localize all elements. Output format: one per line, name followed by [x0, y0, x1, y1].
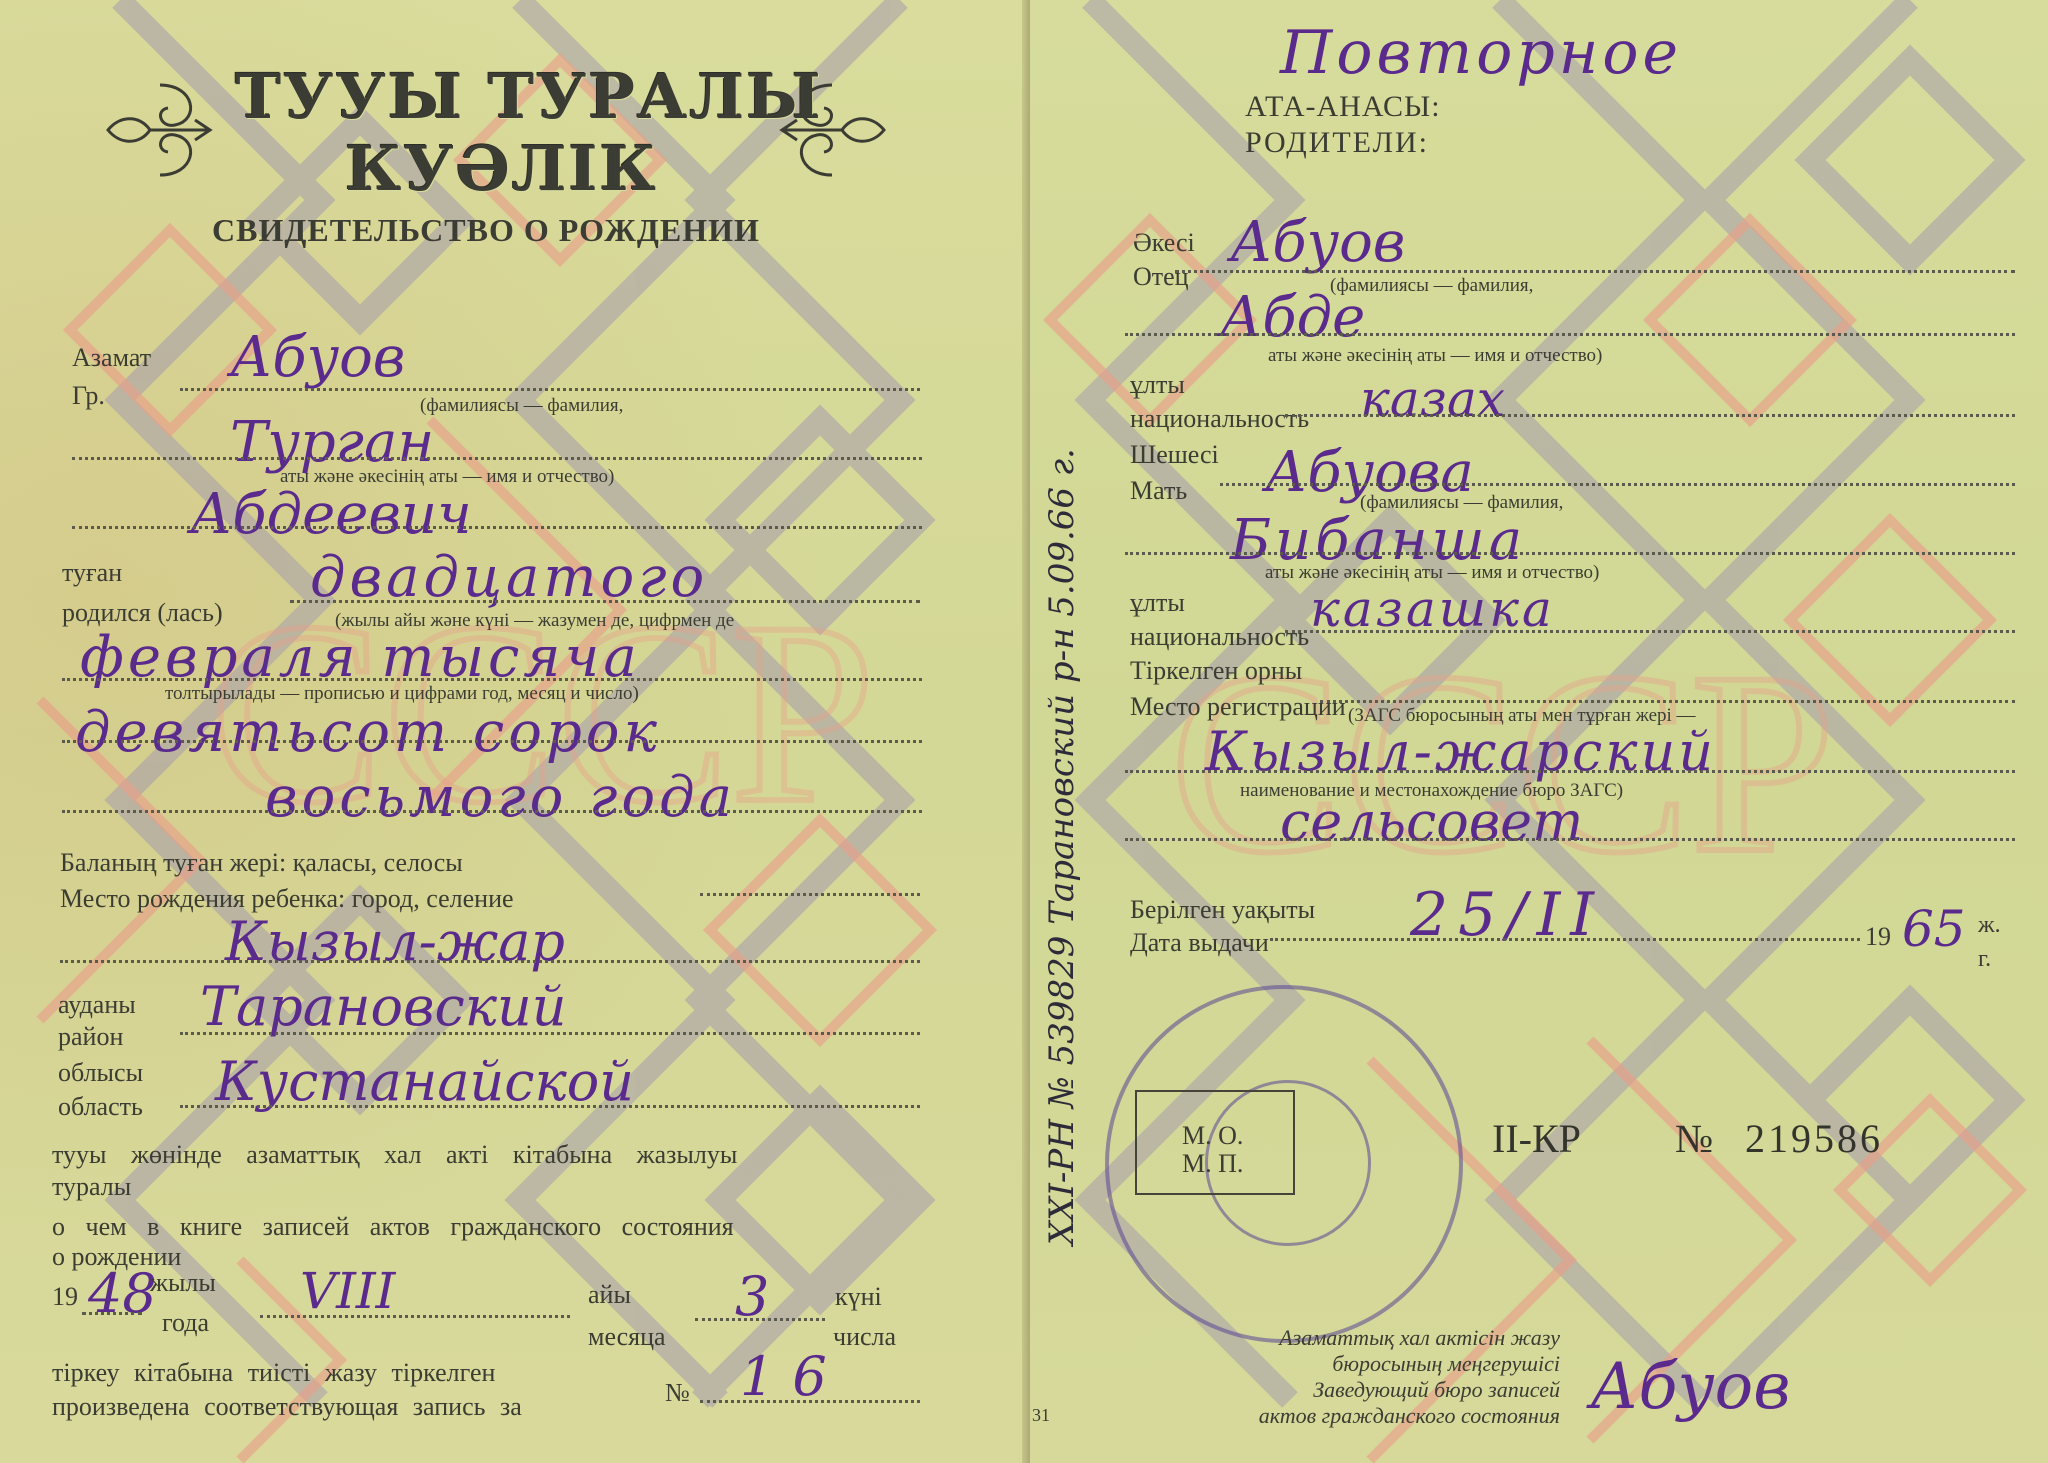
parents-label-ru: РОДИТЕЛИ:: [1245, 128, 1429, 158]
month-line: [260, 1315, 570, 1318]
birth-line-4: [62, 810, 922, 813]
citizen-label-kz: Азамат: [72, 343, 151, 373]
birth-label-ru: родился (лась): [62, 598, 223, 628]
father-nationality-line: [1285, 414, 2015, 417]
mother-nationality-line: [1285, 630, 2015, 633]
citizen-patronymic-value: Абдеевич: [190, 482, 472, 547]
surname-hint: (фамилиясы — фамилия,: [420, 395, 623, 417]
surname-line: [180, 388, 920, 391]
father-surname-line: [1175, 270, 2015, 273]
official-title-line2: бюросының меңгерушісі: [1080, 1351, 1560, 1377]
title-ru: СВИДЕТЕЛЬСТВО О РОЖДЕНИИ: [212, 212, 760, 249]
year-line: [82, 1312, 142, 1315]
mother-label-ru: Мать: [1130, 476, 1187, 506]
mother-nationality-label-ru: национальность: [1130, 622, 1309, 652]
official-title-line3: Заведующий бюро записей: [1080, 1377, 1560, 1403]
district-label-kz: ауданы: [58, 990, 136, 1020]
issue-year-value: 65: [1902, 900, 1966, 958]
father-nationality-value: казах: [1360, 370, 1505, 428]
left-ornament-icon: [100, 70, 220, 190]
registration-line-3: [1125, 838, 2015, 841]
issue-year-suffix-ru: г.: [1978, 944, 1991, 974]
name-line: [72, 457, 922, 460]
duplicate-mark: Повторное: [1280, 18, 1682, 88]
issue-year-prefix: 19: [1865, 922, 1891, 952]
day-line: [695, 1318, 825, 1321]
record-number-sign: №: [665, 1378, 690, 1408]
father-nationality-label-kz: ұлты: [1130, 370, 1185, 400]
mother-label-kz: Шешесі: [1130, 440, 1219, 470]
settlement-value: Кызыл-жар: [225, 910, 565, 973]
birth-date-value-3: девятьсот сорок: [75, 700, 661, 765]
region-label-ru: область: [58, 1092, 143, 1122]
record-text-kz: тіркеу кітабына тиісті жазу тіркелген: [52, 1358, 495, 1388]
citizen-label-ru: Гр.: [72, 381, 105, 411]
issue-date-label-kz: Берілген уақыты: [1130, 895, 1315, 925]
year-label-kz: жылы: [150, 1268, 216, 1298]
registration-value-1: Кызыл-жарский: [1205, 720, 1716, 783]
right-page: СССР Повторное АТА-АНАСЫ: РОДИТЕЛИ: Әкес…: [1030, 0, 2048, 1463]
seal-place-box: М. О. М. П.: [1135, 1090, 1295, 1195]
seal-place-kz: М. О.: [1182, 1122, 1293, 1150]
birth-line-1: [290, 600, 920, 603]
day-label-kz: күні: [835, 1282, 882, 1312]
document-series: II-КР: [1492, 1115, 1581, 1162]
district-line: [180, 1032, 920, 1035]
mother-surname-line: [1220, 483, 2015, 486]
registry-text-kz-1: тууы жөнінде азаматтық хал акті кітабына…: [52, 1140, 737, 1170]
birth-place-label-kz: Баланың туған жері: қаласы, селосы: [60, 848, 463, 878]
citizen-surname-value: Абуов: [230, 325, 405, 390]
document-number: 219586: [1745, 1115, 1883, 1162]
month-label-kz: айы: [588, 1280, 631, 1310]
mother-nationality-label-kz: ұлты: [1130, 588, 1185, 618]
month-label-ru: месяца: [588, 1322, 666, 1352]
registration-line-1: [1320, 700, 2015, 703]
issue-date-line: [1270, 938, 1860, 941]
father-nationality-label-ru: национальность: [1130, 404, 1309, 434]
issue-date-label-ru: Дата выдачи: [1130, 928, 1269, 958]
right-ornament-icon: [772, 70, 892, 190]
region-value: Кустанайской: [215, 1050, 634, 1113]
official-title-line4: актов гражданского состояния: [1080, 1403, 1560, 1429]
father-name-hint: аты және әкесінің аты — имя и отчество): [1268, 345, 1602, 367]
year-label-ru: года: [162, 1308, 209, 1338]
father-label-ru: Отец: [1133, 262, 1189, 292]
district-label-ru: район: [58, 1022, 123, 1052]
title-kz-line1: ТУУЫ ТУРАЛЫ: [235, 60, 823, 133]
region-label-kz: облысы: [58, 1058, 143, 1088]
registration-label-kz: Тіркелген орны: [1130, 656, 1302, 686]
official-title: Азаматтық хал актісін жазу бюросының мең…: [1080, 1325, 1560, 1429]
parents-label-kz: АТА-АНАСЫ:: [1245, 92, 1441, 122]
issue-year-suffix-kz: ж.: [1978, 910, 2001, 940]
father-label-kz: Әкесі: [1133, 228, 1195, 258]
document-number-sign: №: [1675, 1115, 1713, 1162]
registry-text-kz-2: туралы: [52, 1172, 131, 1202]
title-kz-line2: КУӘЛІК: [345, 132, 658, 205]
record-number-line: [700, 1400, 920, 1403]
registry-text-ru-1: о чем в книге записей актов гражданского…: [52, 1212, 734, 1242]
registration-label-ru: Место регистрации: [1130, 692, 1346, 722]
left-page: СССР ТУУЫ ТУРАЛЫ КУӘЛІК СВИДЕТЕЛЬСТВО О …: [0, 0, 1030, 1463]
registration-value-2: сельсовет: [1280, 790, 1583, 853]
official-title-line1: Азаматтық хал актісін жазу: [1080, 1325, 1560, 1351]
registration-line-2: [1125, 770, 2015, 773]
registry-year-prefix: 19: [52, 1282, 78, 1312]
mother-name-line: [1125, 552, 2015, 555]
father-surname-value: Абуов: [1230, 210, 1405, 275]
seal-place-ru: М. П.: [1182, 1150, 1293, 1178]
settlement-line: [60, 960, 920, 963]
registrar-signature: Абуов: [1590, 1350, 1790, 1424]
father-name-value: Абде: [1220, 285, 1365, 350]
registry-year-value: 48: [88, 1262, 157, 1325]
birth-line-3: [62, 740, 922, 743]
birth-label-kz: туған: [62, 558, 122, 588]
record-number-value: 16: [740, 1345, 845, 1408]
region-line: [180, 1105, 920, 1108]
birth-line-2: [62, 678, 922, 681]
birth-date-value-4: восьмого года: [265, 765, 736, 830]
district-value: Тарановский: [200, 975, 567, 1038]
vertical-annotation: XXI-РН № 539829 Тарановский р-н 5.09.66 …: [1042, 448, 1082, 1245]
birth-place-line-1: [700, 893, 920, 896]
page-number: 31: [1032, 1400, 1050, 1430]
registry-month-value: VIII: [300, 1262, 395, 1320]
record-text-ru: произведена соответствующая запись за: [52, 1392, 522, 1422]
father-name-line: [1125, 333, 2015, 336]
patronymic-line: [72, 526, 922, 529]
